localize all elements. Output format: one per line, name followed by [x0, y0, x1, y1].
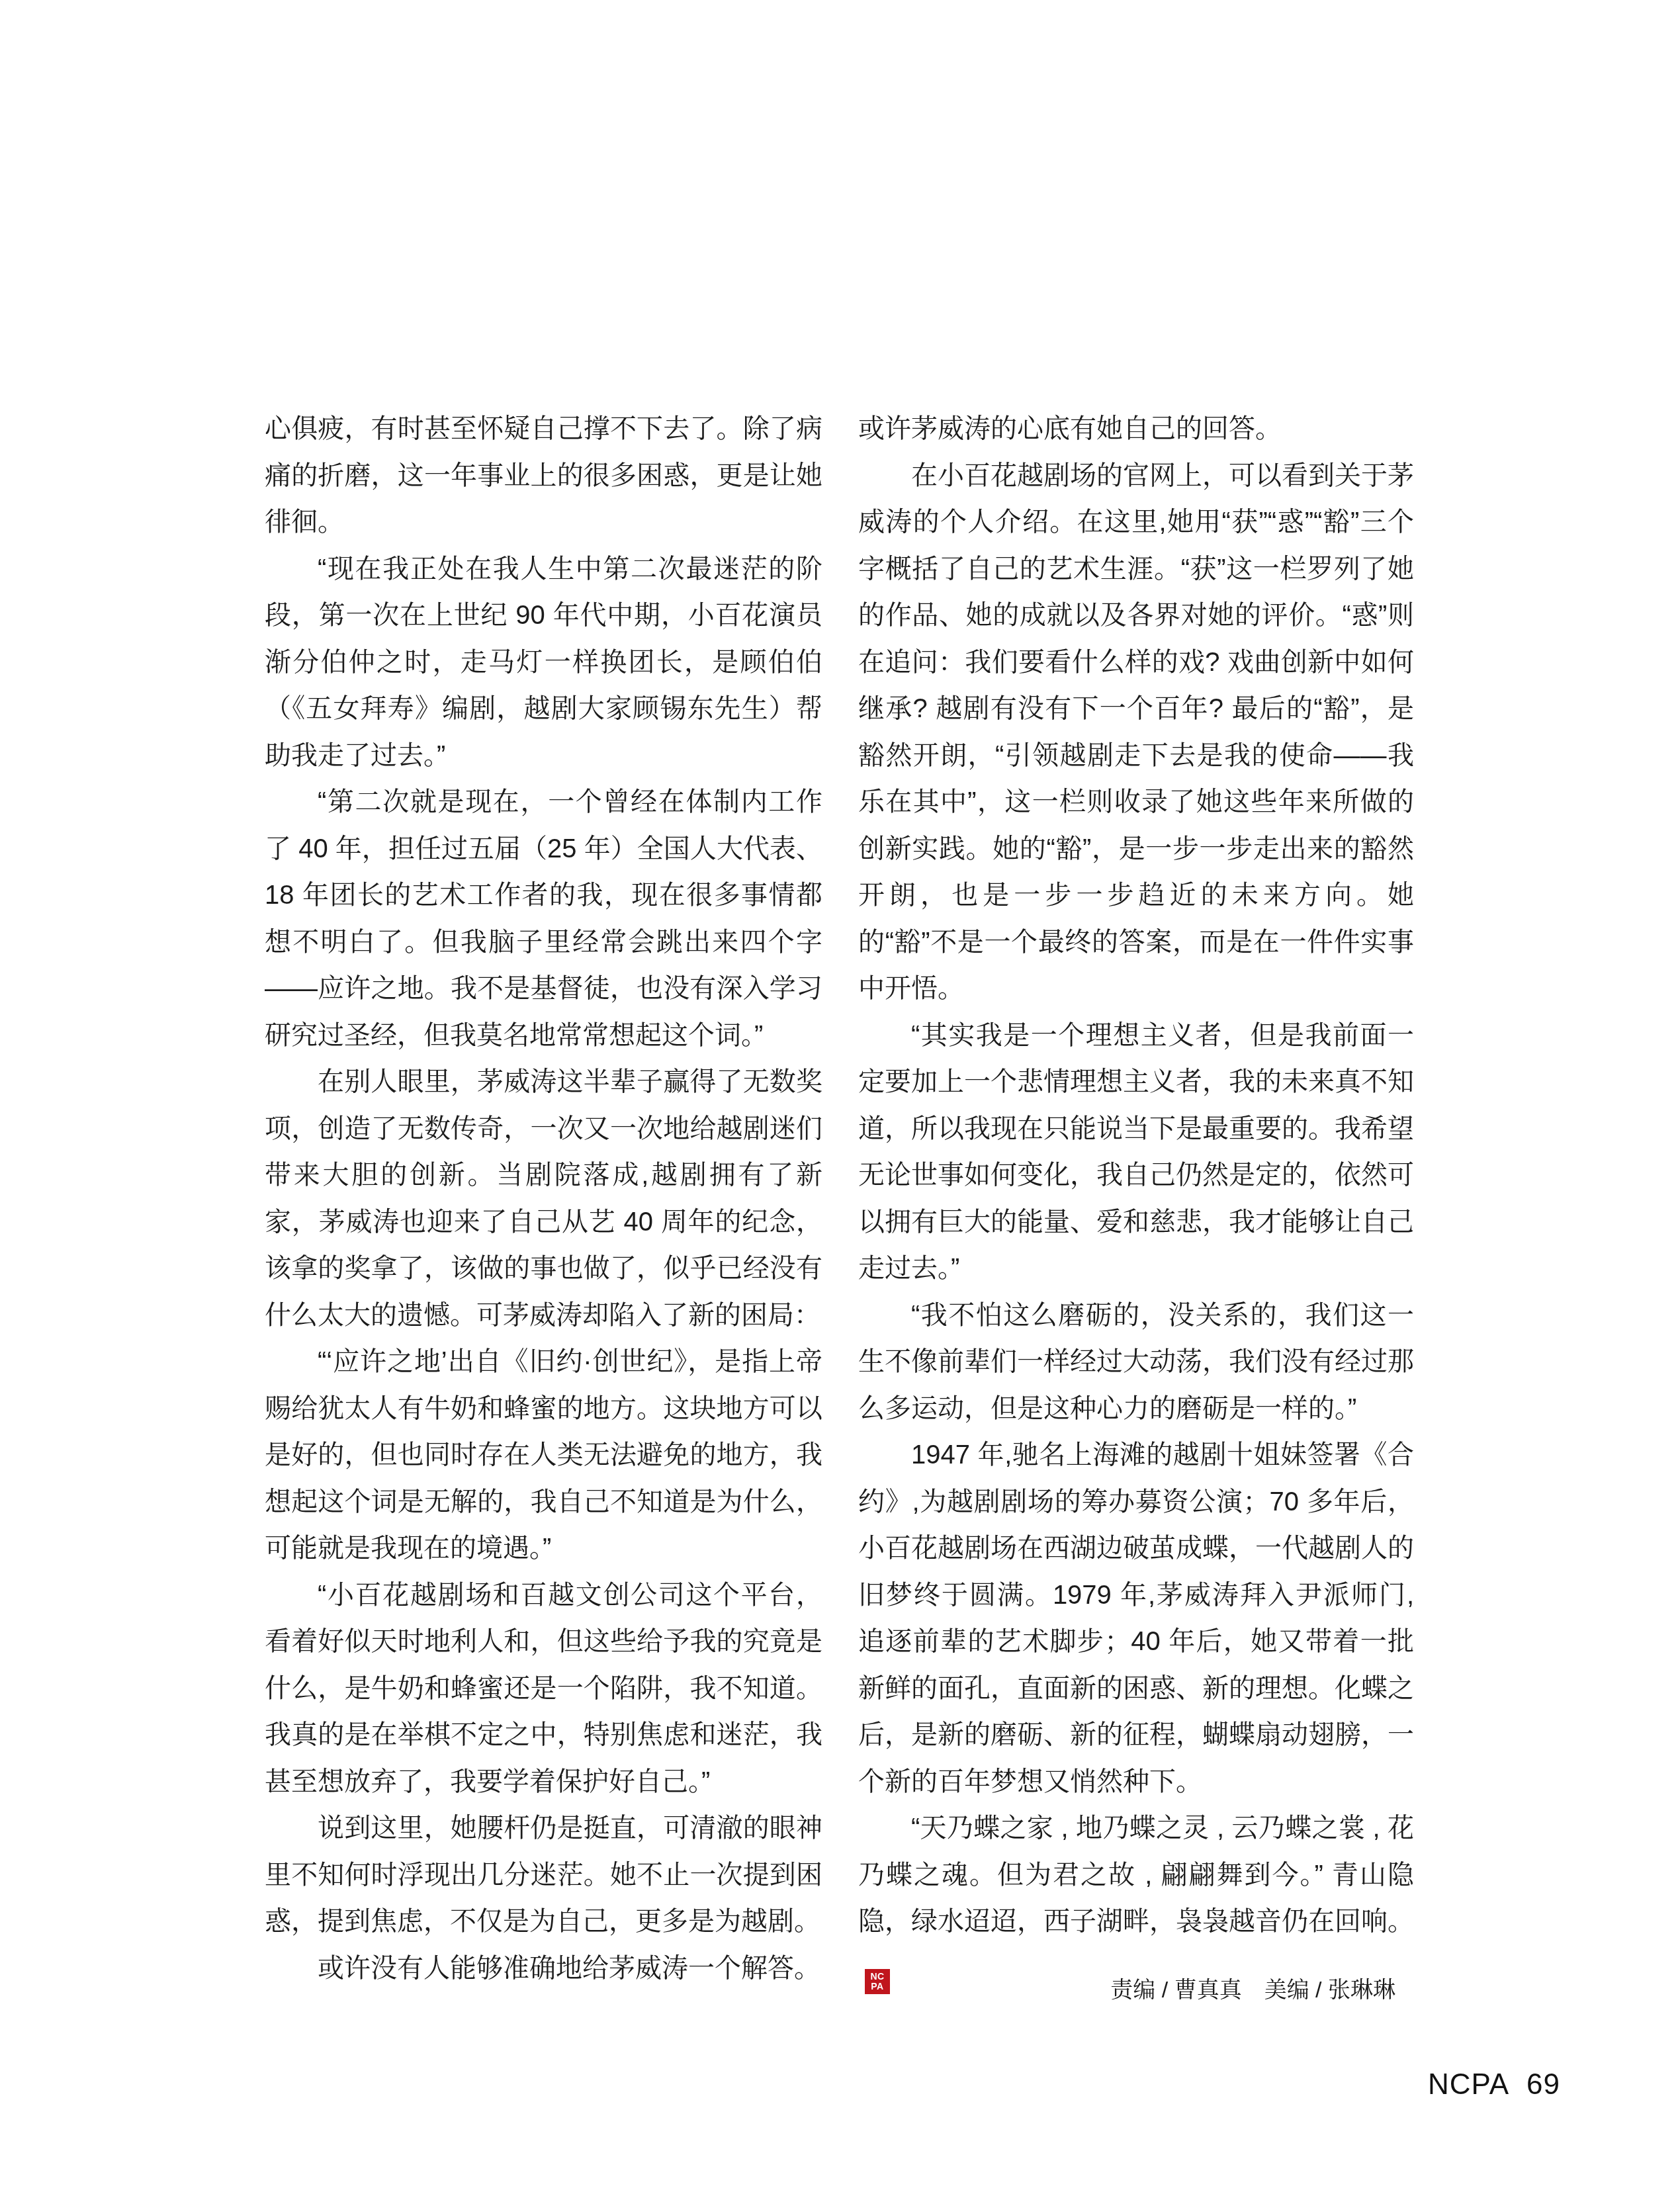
magazine-page: 心俱疲，有时甚至怀疑自己撑不下去了。除了病痛的折磨，这一年事业上的很多困惑，更是…	[0, 0, 1680, 2188]
paragraph-text: “天乃蝶之家 , 地乃蝶之灵 , 云乃蝶之裳 , 花乃蝶之魂。但为君之故 , 翩…	[858, 1814, 1414, 1936]
paragraph: “我不怕这么磨砺的，没关系的，我们这一生不像前辈们一样经过大动荡，我们没有经过那…	[858, 1292, 1414, 1432]
page-footer: NCPA69	[1428, 2068, 1560, 2101]
article-column-left: 心俱疲，有时甚至怀疑自己撑不下去了。除了病痛的折磨，这一年事业上的很多困惑，更是…	[265, 406, 822, 1991]
page-number: 69	[1526, 2068, 1560, 2101]
paragraph: 在小百花越剧场的官网上，可以看到关于茅威涛的个人介绍。在这里,她用“获”“惑”“…	[858, 453, 1414, 1012]
paragraph: 在别人眼里，茅威涛这半辈子赢得了无数奖项，创造了无数传奇，一次又一次地给越剧迷们…	[265, 1059, 822, 1338]
article-column-right: 或许茅威涛的心底有她自己的回答。 在小百花越剧场的官网上，可以看到关于茅威涛的个…	[858, 406, 1414, 1994]
paragraph: “第二次就是现在，一个曾经在体制内工作了 40 年，担任过五届（25 年）全国人…	[265, 779, 822, 1059]
paragraph: 或许没有人能够准确地给茅威涛一个解答。	[265, 1945, 822, 1992]
paragraph: 说到这里，她腰杆仍是挺直，可清澈的眼神里不知何时浮现出几分迷茫。她不止一次提到困…	[265, 1805, 822, 1945]
paragraph: “现在我正处在我人生中第二次最迷茫的阶段，第一次在上世纪 90 年代中期，小百花…	[265, 546, 822, 779]
paragraph: “‘应许之地’出自《旧约·创世纪》，是指上帝赐给犹太人有牛奶和蜂蜜的地方。这块地…	[265, 1338, 822, 1572]
footer-brand: NCPA	[1428, 2068, 1509, 2101]
paragraph: “小百花越剧场和百越文创公司这个平台，看着好似天时地利人和，但这些给予我的究竟是…	[265, 1572, 822, 1806]
paragraph: 心俱疲，有时甚至怀疑自己撑不下去了。除了病痛的折磨，这一年事业上的很多困惑，更是…	[265, 406, 822, 546]
paragraph: 或许茅威涛的心底有她自己的回答。	[858, 406, 1414, 453]
editor-credits: 责编 / 曹真真 美编 / 张琳琳	[858, 1976, 1395, 2005]
paragraph: “其实我是一个理想主义者，但是我前面一定要加上一个悲情理想主义者，我的未来真不知…	[858, 1012, 1414, 1292]
paragraph: “天乃蝶之家 , 地乃蝶之灵 , 云乃蝶之裳 , 花乃蝶之魂。但为君之故 , 翩…	[858, 1805, 1414, 1994]
paragraph: 1947 年,驰名上海滩的越剧十姐妹签署《合约》,为越剧剧场的筹办募资公演；70…	[858, 1432, 1414, 1805]
